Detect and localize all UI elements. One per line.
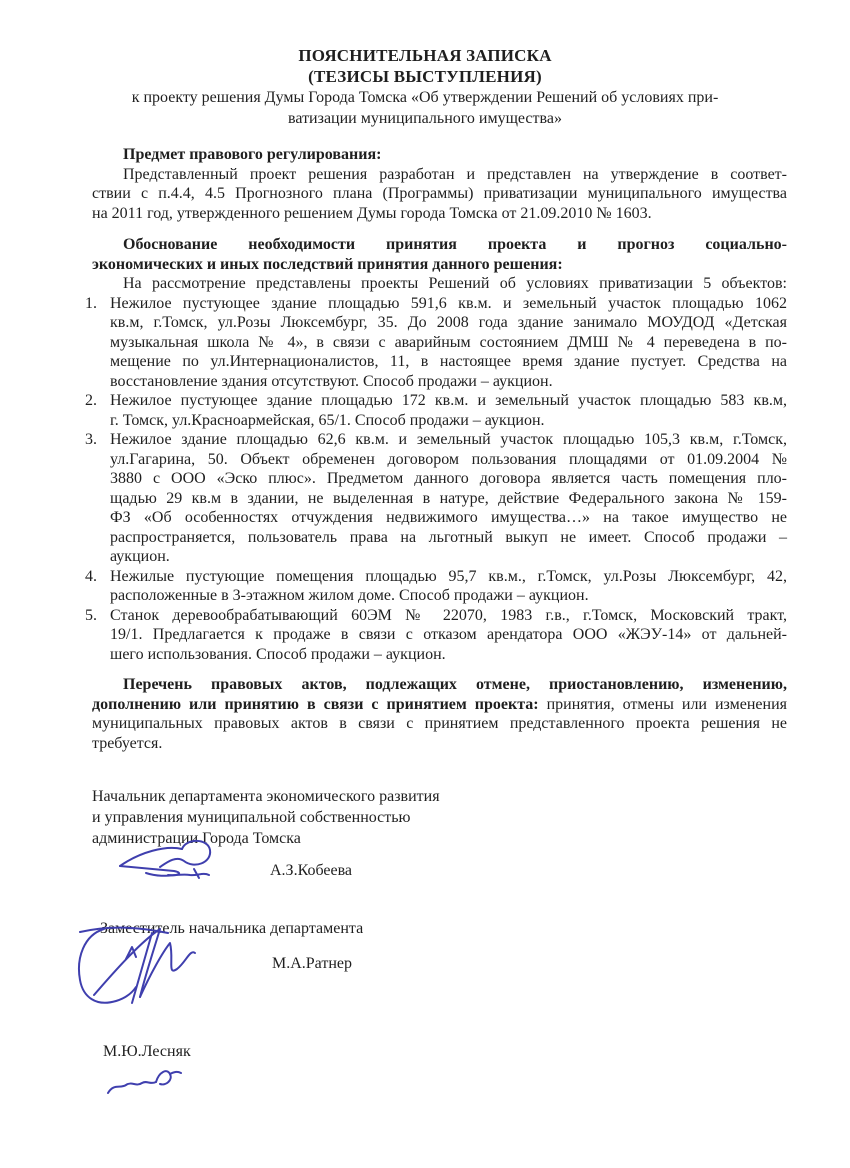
list-item-number: 3. [85, 430, 97, 450]
text-line: Представленный проект решения разработан… [92, 165, 787, 185]
signatory2-name: М.А.Ратнер [92, 953, 850, 974]
text-line: распространяется, пользователь права на … [110, 528, 787, 548]
text-line: музыкальная школа № 4», в связи с аварий… [110, 333, 787, 353]
heading: Предмет правового регулирования: [92, 145, 787, 165]
heading: Обоснование необходимости принятия проек… [92, 235, 787, 274]
paragraph: Перечень правовых актов, подлежащих отме… [92, 675, 787, 753]
text-line: Станок деревообрабатывающий 60ЭМ № 22070… [110, 606, 787, 626]
signatory1-title-line3: администрации Города Томска [92, 828, 850, 849]
list-item-number: 1. [85, 294, 97, 314]
text-line: Нежилое пустующее здание площадью 591,6 … [110, 294, 787, 314]
signatory1-title-line2: и управления муниципальной собственность… [92, 807, 850, 828]
document-body: Предмет правового регулирования:Представ… [92, 145, 787, 753]
paragraph: На рассмотрение представлены проекты Реш… [92, 274, 787, 294]
signatory1-title-line1: Начальник департамента экономического ра… [92, 786, 850, 807]
text-line: требуется. [92, 734, 787, 754]
list-item-number: 5. [85, 606, 97, 626]
list-item-number: 4. [85, 567, 97, 587]
text-line: ствии с п.4.4, 4.5 Прогнозного плана (Пр… [92, 184, 787, 204]
text-line: На рассмотрение представлены проекты Реш… [92, 274, 787, 294]
signoff-section: Начальник департамента экономического ра… [92, 786, 850, 1062]
list-item: 1.Нежилое пустующее здание площадью 591,… [110, 294, 787, 392]
text-line: дополнению или принятию в связи с принят… [92, 695, 787, 715]
text-line: муниципальных правовых актов в связи с п… [92, 714, 787, 734]
list-item: 4.Нежилые пустующие помещения площадью 9… [110, 567, 787, 606]
document-title-line1: ПОЯСНИТЕЛЬНАЯ ЗАПИСКА [0, 45, 850, 66]
paragraph: Представленный проект решения разработан… [92, 165, 787, 224]
text-line: Предмет правового регулирования: [92, 145, 787, 165]
list-item: 5.Станок деревообрабатывающий 60ЭМ № 220… [110, 606, 787, 665]
document-title-line2: (ТЕЗИСЫ ВЫСТУПЛЕНИЯ) [0, 66, 850, 87]
signatory1-name: А.З.Кобеева [92, 860, 850, 881]
text-line: 19/1. Предлагается к продаже в связи с о… [110, 625, 787, 645]
text-line: Обоснование необходимости принятия проек… [92, 235, 787, 255]
list-item-number: 2. [85, 391, 97, 411]
list-item: 3.Нежилое здание площадью 62,6 кв.м. и з… [110, 430, 787, 567]
text-line: щадью 29 кв.м в здании, не выделенная в … [110, 489, 787, 509]
text-line: кв.м, г.Томск, ул.Розы Люксембург, 35. Д… [110, 313, 787, 333]
document-header: ПОЯСНИТЕЛЬНАЯ ЗАПИСКА (ТЕЗИСЫ ВЫСТУПЛЕНИ… [0, 0, 850, 129]
text-line: аукцион. [110, 547, 787, 567]
text-line: шего использования. Способ продажи – аук… [110, 645, 787, 665]
lesnyak-signature [104, 1066, 184, 1100]
text-line: восстановление здания отсутствуют. Спосо… [110, 372, 787, 392]
text-line: Нежилое пустующее здание площадью 172 кв… [110, 391, 787, 411]
text-line: Нежилое здание площадью 62,6 кв.м. и зем… [110, 430, 787, 450]
text-line: расположенные в 3-этажном жилом доме. Сп… [110, 586, 787, 606]
text-line: Перечень правовых актов, подлежащих отме… [92, 675, 787, 695]
text-line: 3880 с ООО «Эско плюс». Предметом данног… [110, 469, 787, 489]
text-line: г. Томск, ул.Красноармейская, 65/1. Спос… [110, 411, 787, 431]
list-item: 2.Нежилое пустующее здание площадью 172 … [110, 391, 787, 430]
document-subtitle-line2: ватизации муниципального имущества» [0, 108, 850, 129]
text-line: ул.Гагарина, 50. Объект обременен догово… [110, 450, 787, 470]
text-line: ФЗ «Об особенностях отчуждения недвижимо… [110, 508, 787, 528]
document-page: ПОЯСНИТЕЛЬНАЯ ЗАПИСКА (ТЕЗИСЫ ВЫСТУПЛЕНИ… [0, 0, 850, 1168]
signatory2-title: Заместитель начальника департамента [92, 918, 850, 939]
signatory3-name: М.Ю.Лесняк [92, 1041, 850, 1062]
text-line: Нежилые пустующие помещения площадью 95,… [110, 567, 787, 587]
text-line: на 2011 год, утвержденного решением Думы… [92, 204, 787, 224]
text-line: экономических и иных последствий приняти… [92, 255, 787, 275]
document-subtitle-line1: к проекту решения Думы Города Томска «Об… [0, 87, 850, 108]
text-line: мещение по ул.Интернационалистов, 11, в … [110, 352, 787, 372]
